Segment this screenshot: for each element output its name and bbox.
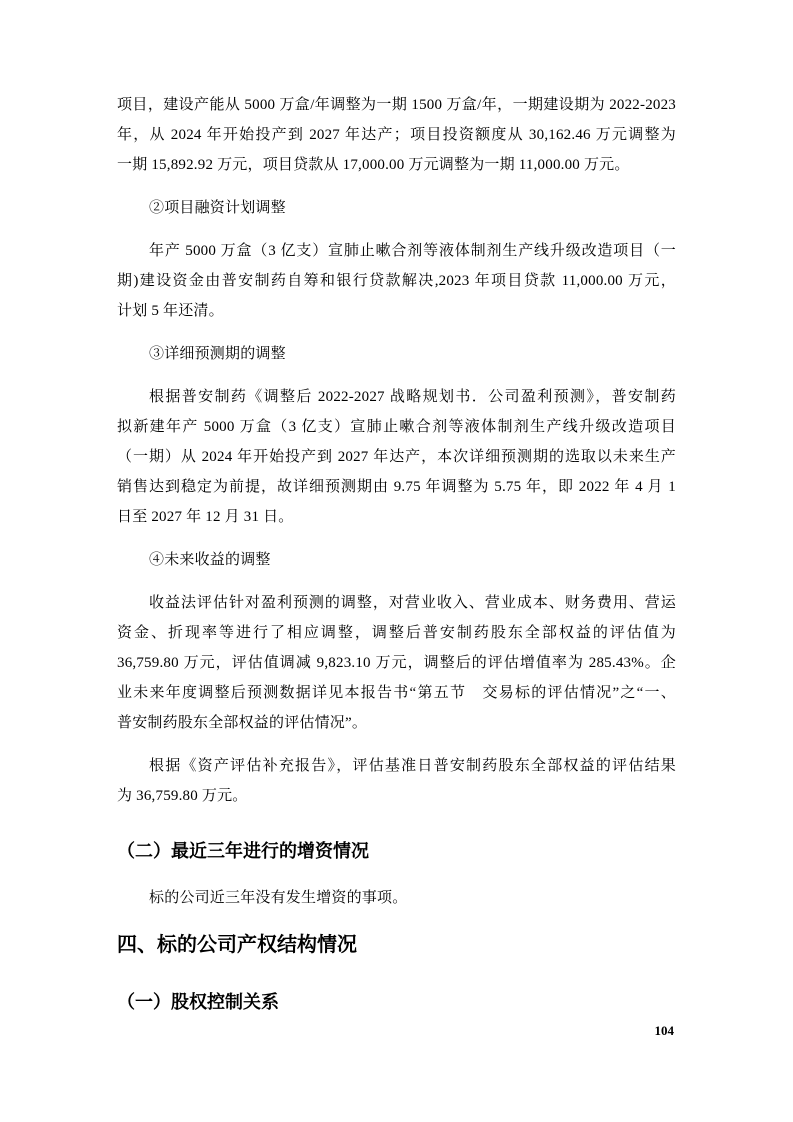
paragraph-line: 一期 15,892.92 万元，项目贷款从 17,000.00 万元调整为一期 …: [117, 150, 676, 180]
paragraph: 根据《资产评估补充报告》，评估基准日普安制药股东全部权益的评估结果为 36,75…: [117, 751, 676, 811]
paragraph-line: 根据《资产评估补充报告》，评估基准日普安制药股东全部权益的评估结果: [117, 751, 676, 781]
paragraph: ④未来收益的调整: [117, 545, 676, 575]
paragraph-line: 根据普安制药《调整后 2022-2027 战略规划书．公司盈利预测》，普安制药: [117, 382, 676, 412]
paragraph-line: ③详细预测期的调整: [117, 339, 676, 369]
paragraph: 标的公司近三年没有发生增资的事项。: [117, 883, 676, 913]
paragraph-line: 日至 2027 年 12 月 31 日。: [117, 502, 676, 532]
paragraph: 项目，建设产能从 5000 万盒/年调整为一期 1500 万盒/年，一期建设期为…: [117, 90, 676, 180]
paragraph-line: ④未来收益的调整: [117, 545, 676, 575]
paragraph-line: ②项目融资计划调整: [117, 193, 676, 223]
paragraph: 根据普安制药《调整后 2022-2027 战略规划书．公司盈利预测》，普安制药拟…: [117, 382, 676, 532]
paragraph-line: 年产 5000 万盒（3 亿支）宣肺止嗽合剂等液体制剂生产线升级改造项目（一: [117, 236, 676, 266]
heading-level-2: （二）最近三年进行的增资情况: [117, 835, 676, 867]
paragraph: ③详细预测期的调整: [117, 339, 676, 369]
paragraph-line: 业未来年度调整后预测数据详见本报告书“第五节 交易标的评估情况”之“一、: [117, 678, 676, 708]
paragraph-line: 年，从 2024 年开始投产到 2027 年达产；项目投资额度从 30,162.…: [117, 120, 676, 150]
paragraph: 年产 5000 万盒（3 亿支）宣肺止嗽合剂等液体制剂生产线升级改造项目（一期)…: [117, 236, 676, 326]
paragraph-line: 期)建设资金由普安制药自筹和银行贷款解决,2023 年项目贷款 11,000.0…: [117, 266, 676, 296]
page-body: 项目，建设产能从 5000 万盒/年调整为一期 1500 万盒/年，一期建设期为…: [117, 90, 676, 1018]
paragraph-line: 资金、折现率等进行了相应调整，调整后普安制药股东全部权益的评估值为: [117, 618, 676, 648]
paragraph-line: 标的公司近三年没有发生增资的事项。: [117, 883, 676, 913]
paragraph-line: （一期）从 2024 年开始投产到 2027 年达产，本次详细预测期的选取以未来…: [117, 442, 676, 472]
page-number: 104: [655, 1023, 675, 1039]
paragraph: ②项目融资计划调整: [117, 193, 676, 223]
paragraph-line: 为 36,759.80 万元。: [117, 781, 676, 811]
paragraph: 收益法评估针对盈利预测的调整，对营业收入、营业成本、财务费用、营运资金、折现率等…: [117, 588, 676, 738]
paragraph-line: 项目，建设产能从 5000 万盒/年调整为一期 1500 万盒/年，一期建设期为…: [117, 90, 676, 120]
paragraph-line: 收益法评估针对盈利预测的调整，对营业收入、营业成本、财务费用、营运: [117, 588, 676, 618]
paragraph-line: 计划 5 年还清。: [117, 296, 676, 326]
paragraph-line: 36,759.80 万元，评估值调减 9,823.10 万元，调整后的评估增值率…: [117, 648, 676, 678]
document-page: 项目，建设产能从 5000 万盒/年调整为一期 1500 万盒/年，一期建设期为…: [0, 0, 793, 1122]
paragraph-line: 拟新建年产 5000 万盒（3 亿支）宣肺止嗽合剂等液体制剂生产线升级改造项目: [117, 412, 676, 442]
heading-level-2: （一）股权控制关系: [117, 986, 676, 1018]
paragraph-line: 销售达到稳定为前提，故详细预测期由 9.75 年调整为 5.75 年，即 202…: [117, 472, 676, 502]
heading-level-1: 四、标的公司产权结构情况: [117, 928, 676, 962]
paragraph-line: 普安制药股东全部权益的评估情况”。: [117, 708, 676, 738]
